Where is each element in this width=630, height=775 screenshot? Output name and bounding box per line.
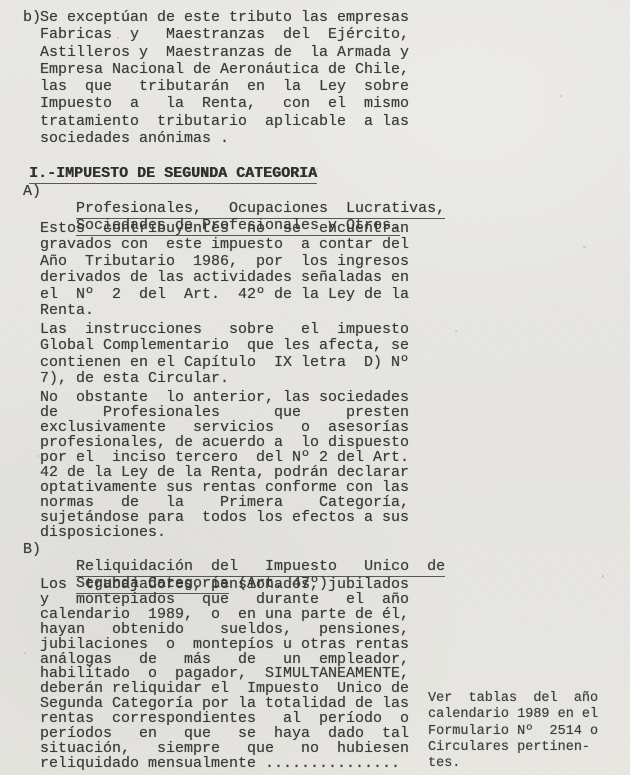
list-marker-B: B) (23, 541, 41, 558)
paper-speck (583, 246, 586, 248)
paper-speck (37, 455, 39, 457)
paragraph-A-instrucciones: Las instrucciones sobre el impuesto Glob… (40, 322, 409, 388)
paragraph-A-sociedades-profesionales: No obstante lo anterior, las sociedades … (40, 390, 409, 540)
paper-speck (316, 168, 318, 170)
paper-speck (560, 95, 562, 97)
paper-speck (455, 330, 457, 332)
paper-speck (24, 652, 26, 654)
paragraph-B-trabajadores: Los trabajadores, pensionados, jubilados… (40, 578, 409, 772)
list-marker-A: A) (23, 183, 41, 200)
scanned-document-page: b) Se exceptúan de este tributo las empr… (0, 0, 630, 775)
list-marker-b: b) (23, 9, 41, 26)
margin-note-ver-tablas: Ver tablas del año calendario 1989 en el… (428, 691, 598, 772)
paper-speck (117, 37, 119, 39)
paper-speck (602, 575, 604, 578)
paragraph-exception-empresas: Se exceptúan de este tributo las empresa… (40, 9, 409, 147)
paragraph-A-contribuyentes: Estos contribuyentes no se encuentran gr… (40, 221, 409, 319)
section-heading-text: I.-IMPUESTO DE SEGUNDA CATEGORIA (29, 165, 317, 184)
